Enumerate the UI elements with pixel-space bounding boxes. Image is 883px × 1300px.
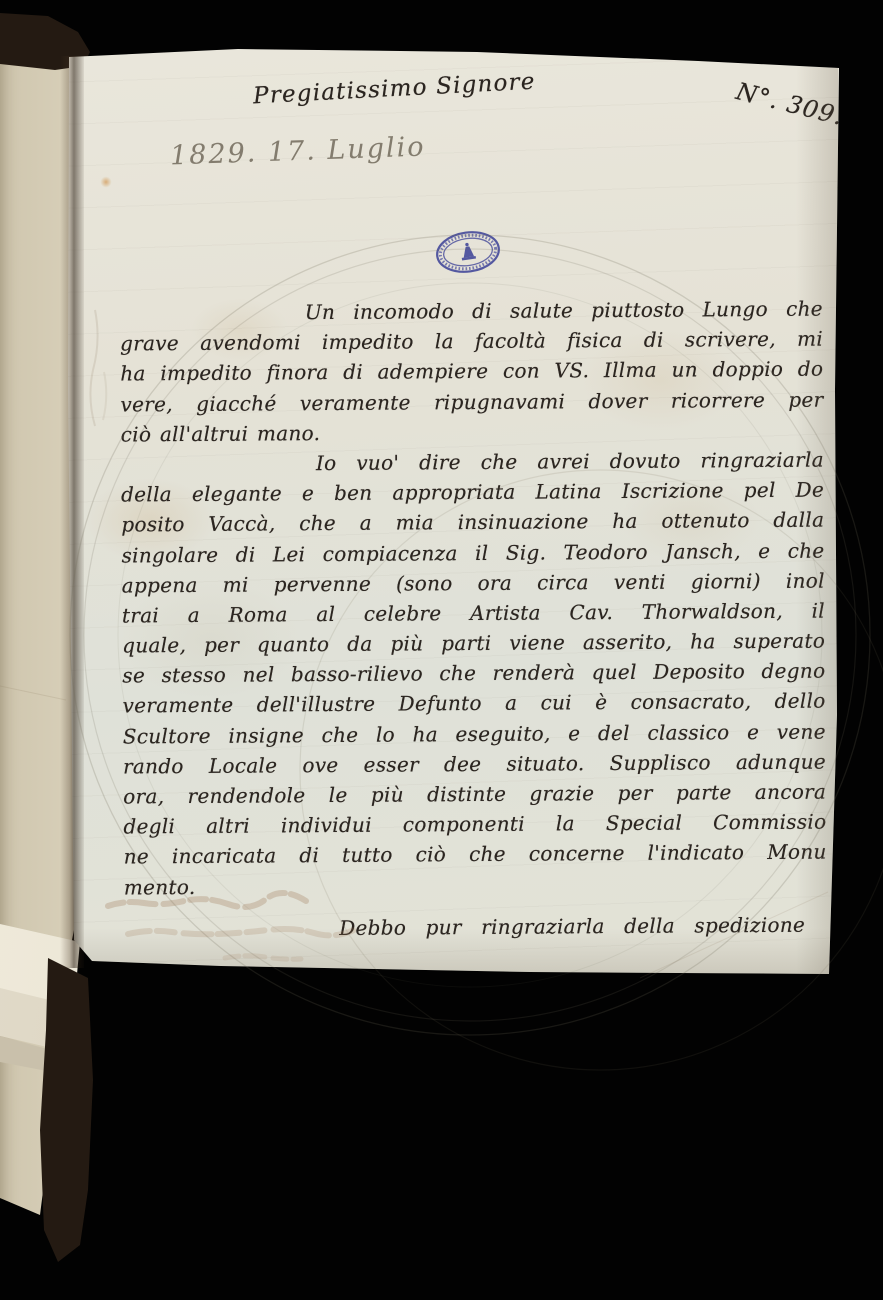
manuscript-line: quale, per quanto da più parti viene ass… [122,626,825,661]
manuscript-line: rando Locale ove esser dee situato. Supp… [123,746,826,781]
manuscript-lines: Un incomodo di salute piuttosto Lungo ch… [120,294,827,945]
manuscript-line: ha impedito finora di adempiere con VS. … [120,354,823,389]
salutation: Pregiatissimo Signore [253,69,537,110]
manuscript-line: grave avendomi impedito la facoltà fisic… [120,324,823,359]
book-gutter-shadow [60,56,84,968]
manuscript-line: Scultore insigne che lo ha eseguito, e d… [123,716,826,751]
manuscript-line: Un incomodo di salute piuttosto Lungo ch… [120,294,823,329]
scan-background: Pregiatissimo Signore N°. 309. 1829. 17.… [0,0,883,1300]
letter-page: Pregiatissimo Signore N°. 309. 1829. 17.… [0,0,883,1300]
manuscript-line: ora, rendendole le più distinte grazie p… [123,777,826,812]
manuscript-line: vere, giacché veramente ripugnavami dove… [120,384,823,419]
page-edge-shadow [70,928,838,974]
manuscript-line: trai a Roma al celebre Artista Cav. Thor… [122,595,825,630]
manuscript-line: ciò all'altrui mano. [121,414,824,449]
manuscript-line: ne incaricata di tutto ciò che concerne … [124,837,827,872]
manuscript-line: mento. [124,867,827,902]
manuscript-line: appena mi pervenne (sono ora circa venti… [122,565,825,600]
oval-ink-stamp-icon [432,227,504,277]
page-edge-shadow [796,57,838,975]
manuscript-line: della elegante e ben appropriata Latina … [121,475,824,510]
manuscript-line: veramente dell'illustre Defunto a cui è … [122,686,825,721]
manuscript-line: posito Vaccà, che a mia insinuazione ha … [121,505,824,540]
manuscript-line: Io vuo' dire che avrei dovuto ringraziar… [121,444,824,479]
manuscript-line: singolare di Lei compiacenza il Sig. Teo… [121,535,824,570]
manuscript-line: se stesso nel basso-rilievo che renderà … [122,656,825,691]
manuscript-line: degli altri individui componenti la Spec… [123,807,826,842]
date-annotation: 1829. 17. Luglio [170,132,426,172]
